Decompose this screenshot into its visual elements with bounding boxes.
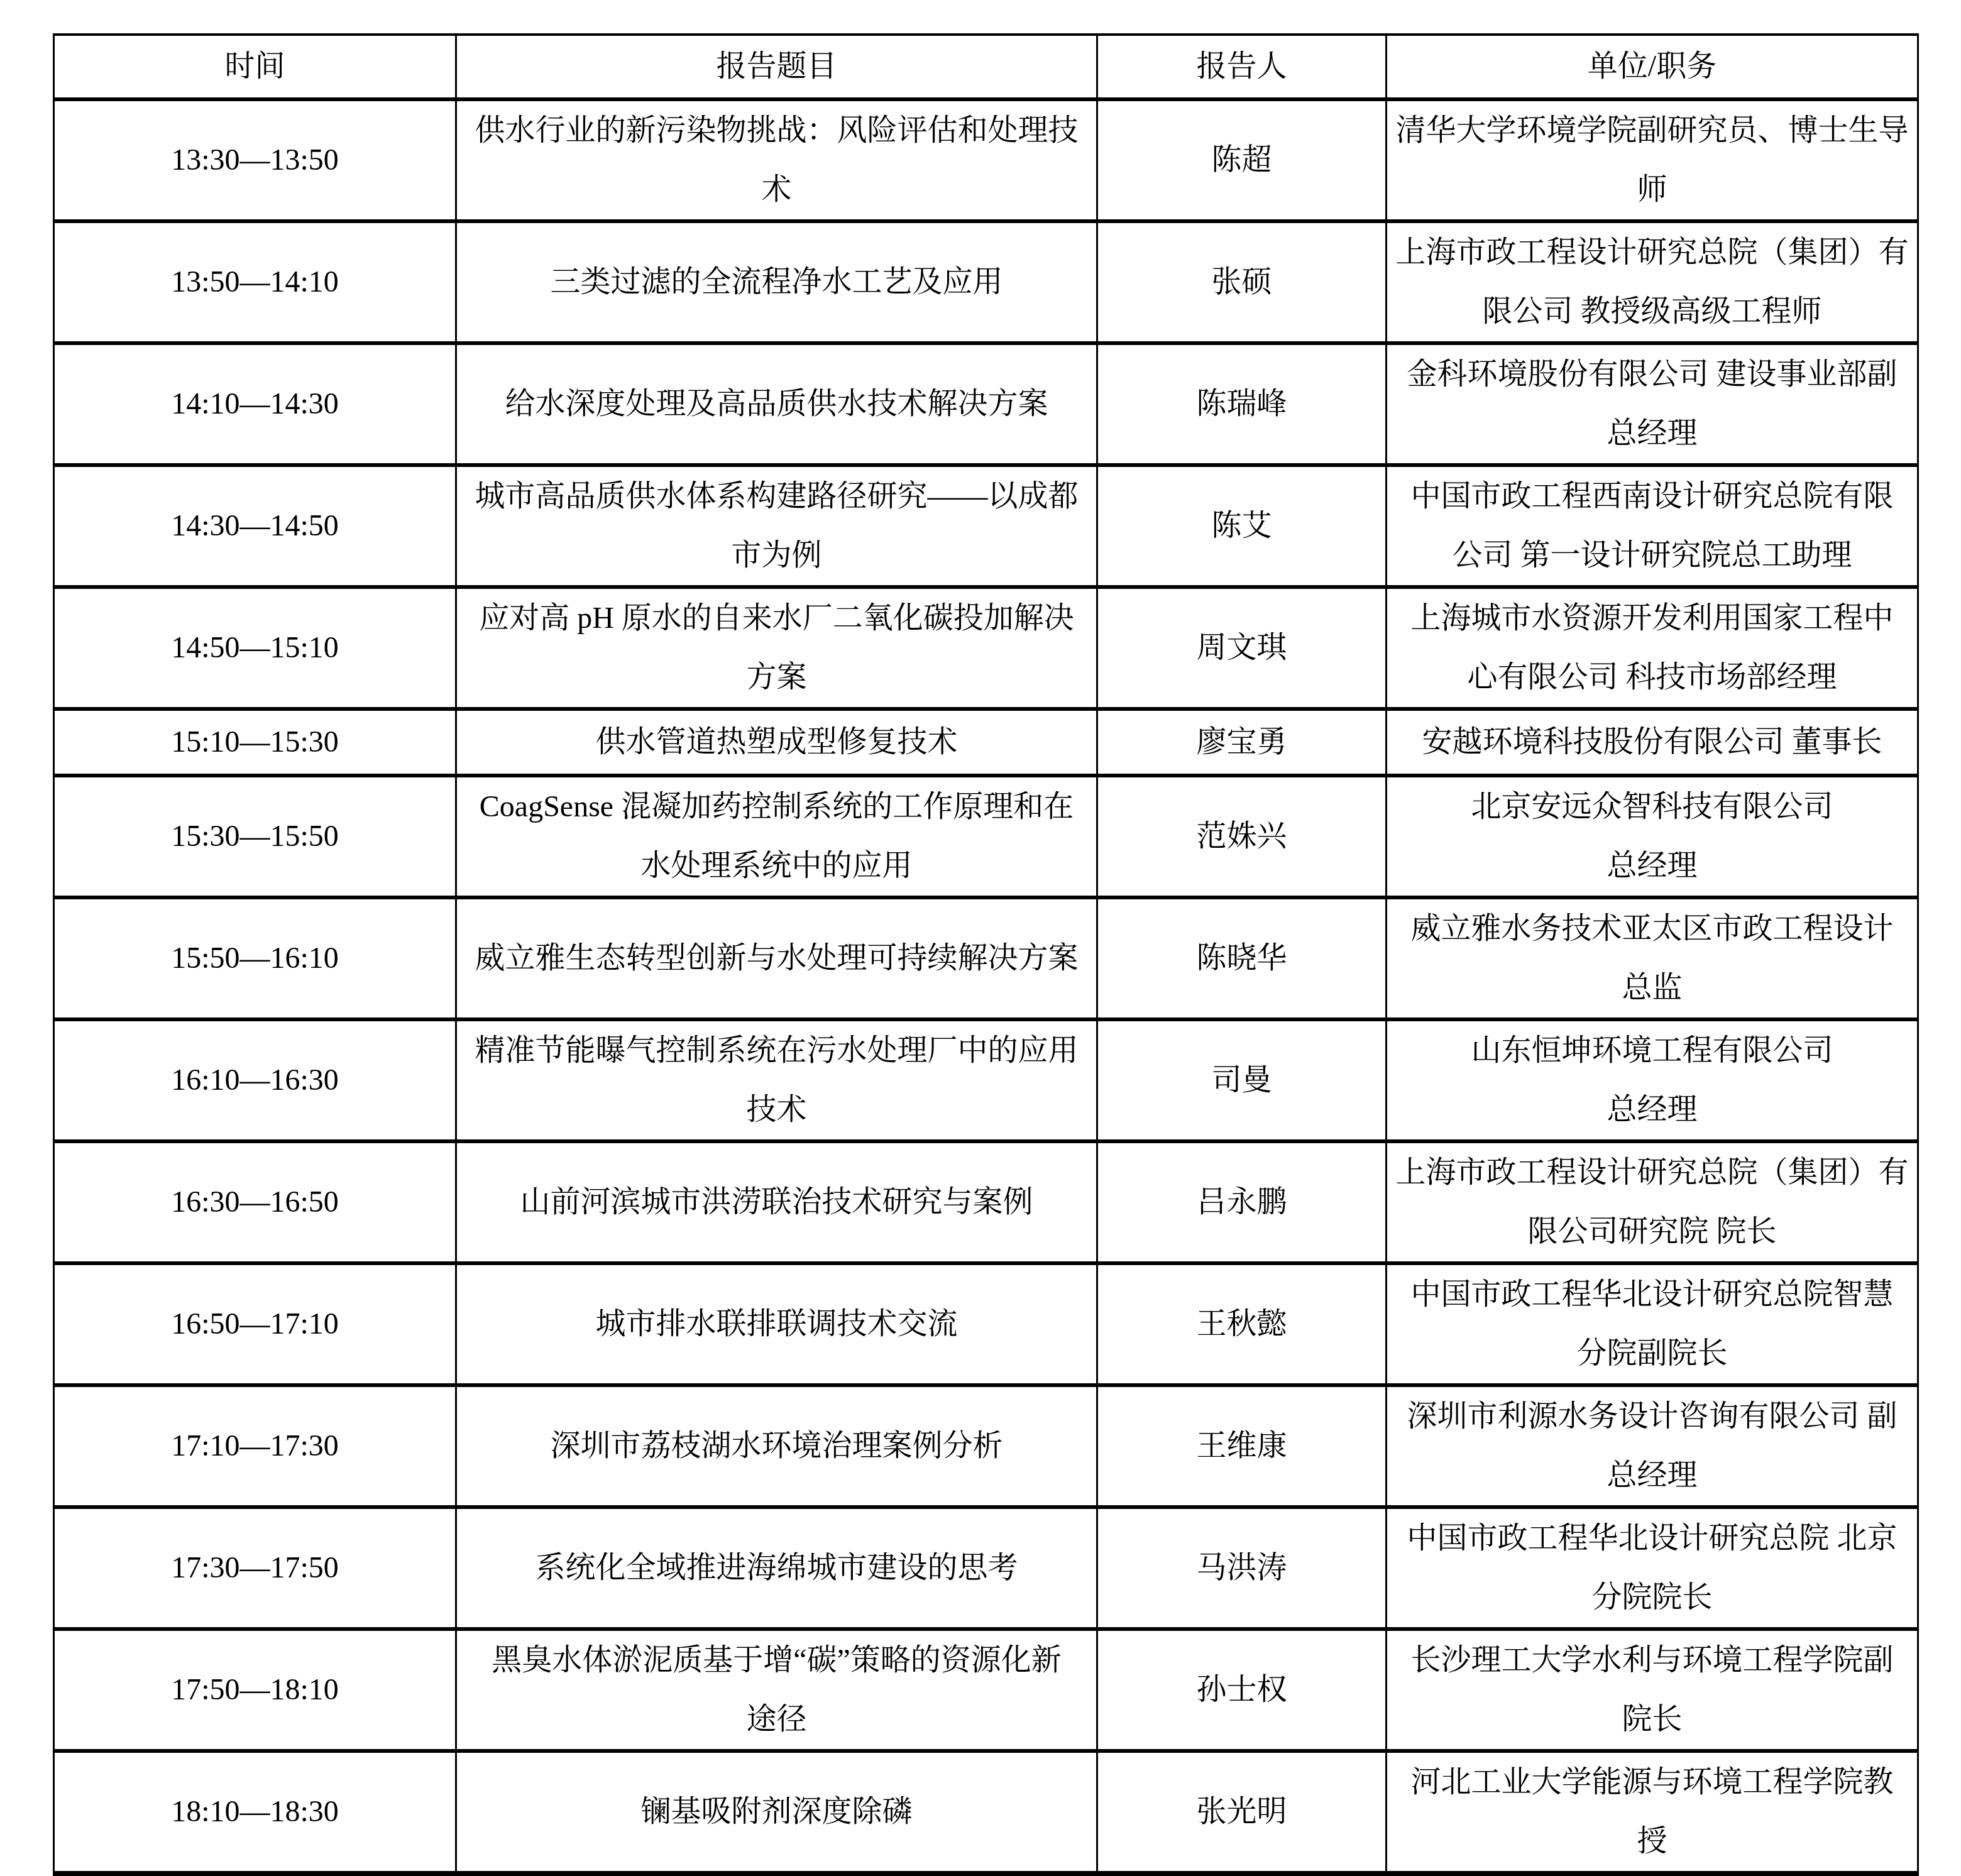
time-cell: 17:50—18:10 <box>54 1629 456 1751</box>
org-cell: 清华大学环境学院副研究员、博士生导 师 <box>1387 99 1918 221</box>
org-cell: 河北工业大学能源与环境工程学院教 授 <box>1387 1751 1918 1873</box>
table-row: 15:10—15:30 供水管道热塑成型修复技术 廖宝勇 安越环境科技股份有限公… <box>54 709 1918 776</box>
org-cell: 上海市政工程设计研究总院（集团）有 限公司 教授级高级工程师 <box>1387 221 1918 343</box>
org-cell: 深圳市利源水务设计咨询有限公司 副 总经理 <box>1387 1385 1918 1507</box>
table-row: 16:10—16:30 精准节能曝气控制系统在污水处理厂中的应用 技术 司曼 山… <box>54 1019 1918 1141</box>
col-header-org: 单位/职务 <box>1387 35 1918 99</box>
table-row: 17:10—17:30 深圳市荔枝湖水环境治理案例分析 王维康 深圳市利源水务设… <box>54 1385 1918 1507</box>
table-row: 17:50—18:10 黑臭水体淤泥质基于增“碳”策略的资源化新 途径 孙士权 … <box>54 1629 1918 1751</box>
speaker-cell: 王秋懿 <box>1097 1263 1387 1385</box>
time-cell: 15:10—15:30 <box>54 709 456 776</box>
org-cell: 北京安远众智科技有限公司 总经理 <box>1387 776 1918 897</box>
table-row: 13:50—14:10 三类过滤的全流程净水工艺及应用 张硕 上海市政工程设计研… <box>54 221 1918 343</box>
schedule-table: 时间 报告题目 报告人 单位/职务 13:30—13:50 供水行业的新污染物挑… <box>53 33 1919 1876</box>
title-cell: 城市高品质供水体系构建路径研究——以成都 市为例 <box>456 465 1097 587</box>
speaker-cell: 陈艾 <box>1097 465 1387 587</box>
speaker-cell: 周文琪 <box>1097 587 1387 709</box>
header-row: 时间 报告题目 报告人 单位/职务 <box>54 35 1918 99</box>
table-row: 16:50—17:10 城市排水联排联调技术交流 王秋懿 中国市政工程华北设计研… <box>54 1263 1918 1385</box>
org-cell: 山东恒坤环境工程有限公司 总经理 <box>1387 1019 1918 1141</box>
table-row: 15:50—16:10 威立雅生态转型创新与水处理可持续解决方案 陈晓华 威立雅… <box>54 897 1918 1019</box>
title-cell: 三类过滤的全流程净水工艺及应用 <box>456 221 1097 343</box>
time-cell: 16:10—16:30 <box>54 1019 456 1141</box>
time-cell: 15:30—15:50 <box>54 776 456 897</box>
title-cell: 系统化全域推进海绵城市建设的思考 <box>456 1507 1097 1629</box>
speaker-cell: 王维康 <box>1097 1385 1387 1507</box>
title-cell: 镧基吸附剂深度除磷 <box>456 1751 1097 1873</box>
speaker-cell: 陈瑞峰 <box>1097 343 1387 465</box>
table-row: 18:10—18:30 镧基吸附剂深度除磷 张光明 河北工业大学能源与环境工程学… <box>54 1751 1918 1873</box>
speaker-cell: 范姝兴 <box>1097 776 1387 897</box>
org-cell: 中国市政工程华北设计研究总院 北京 分院院长 <box>1387 1507 1918 1629</box>
org-cell: 中国市政工程西南设计研究总院有限 公司 第一设计研究院总工助理 <box>1387 465 1918 587</box>
org-cell: 上海市政工程设计研究总院（集团）有 限公司研究院 院长 <box>1387 1141 1918 1263</box>
speaker-cell: 孙士权 <box>1097 1629 1387 1751</box>
title-cell: 深圳市荔枝湖水环境治理案例分析 <box>456 1385 1097 1507</box>
table-row: 14:50—15:10 应对高 pH 原水的自来水厂二氧化碳投加解决 方案 周文… <box>54 587 1918 709</box>
table-row: 13:30—13:50 供水行业的新污染物挑战：风险评估和处理技 术 陈超 清华… <box>54 99 1918 221</box>
time-cell: 14:50—15:10 <box>54 587 456 709</box>
col-header-time: 时间 <box>54 35 456 99</box>
org-cell: 威立雅水务技术亚太区市政工程设计 总监 <box>1387 897 1918 1019</box>
time-cell: 17:10—17:30 <box>54 1385 456 1507</box>
time-cell: 17:30—17:50 <box>54 1507 456 1629</box>
col-header-speaker: 报告人 <box>1097 35 1387 99</box>
table-row: 16:30—16:50 山前河滨城市洪涝联治技术研究与案例 吕永鹏 上海市政工程… <box>54 1141 1918 1263</box>
time-cell: 13:30—13:50 <box>54 99 456 221</box>
title-cell: 精准节能曝气控制系统在污水处理厂中的应用 技术 <box>456 1019 1097 1141</box>
title-cell: CoagSense 混凝加药控制系统的工作原理和在 水处理系统中的应用 <box>456 776 1097 897</box>
title-cell: 山前河滨城市洪涝联治技术研究与案例 <box>456 1141 1097 1263</box>
speaker-cell: 陈超 <box>1097 99 1387 221</box>
title-cell: 给水深度处理及高品质供水技术解决方案 <box>456 343 1097 465</box>
speaker-cell: 司曼 <box>1097 1019 1387 1141</box>
table-row: 17:30—17:50 系统化全域推进海绵城市建设的思考 马洪涛 中国市政工程华… <box>54 1507 1918 1629</box>
title-cell: 供水行业的新污染物挑战：风险评估和处理技 术 <box>456 99 1097 221</box>
speaker-cell: 马洪涛 <box>1097 1507 1387 1629</box>
time-cell: 15:50—16:10 <box>54 897 456 1019</box>
speaker-cell: 陈晓华 <box>1097 897 1387 1019</box>
time-cell: 16:30—16:50 <box>54 1141 456 1263</box>
speaker-cell: 廖宝勇 <box>1097 709 1387 776</box>
org-cell: 金科环境股份有限公司 建设事业部副 总经理 <box>1387 343 1918 465</box>
col-header-title: 报告题目 <box>456 35 1097 99</box>
table-row: 14:10—14:30 给水深度处理及高品质供水技术解决方案 陈瑞峰 金科环境股… <box>54 343 1918 465</box>
time-cell: 16:50—17:10 <box>54 1263 456 1385</box>
schedule-table-container: 时间 报告题目 报告人 单位/职务 13:30—13:50 供水行业的新污染物挑… <box>53 33 1919 1876</box>
time-cell: 14:10—14:30 <box>54 343 456 465</box>
speaker-cell: 张光明 <box>1097 1751 1387 1873</box>
speaker-cell: 吕永鹏 <box>1097 1141 1387 1263</box>
title-cell: 黑臭水体淤泥质基于增“碳”策略的资源化新 途径 <box>456 1629 1097 1751</box>
org-cell: 上海城市水资源开发利用国家工程中 心有限公司 科技市场部经理 <box>1387 587 1918 709</box>
org-cell: 长沙理工大学水利与环境工程学院副 院长 <box>1387 1629 1918 1751</box>
title-cell: 城市排水联排联调技术交流 <box>456 1263 1097 1385</box>
speaker-cell: 张硕 <box>1097 221 1387 343</box>
title-cell: 威立雅生态转型创新与水处理可持续解决方案 <box>456 897 1097 1019</box>
time-cell: 18:10—18:30 <box>54 1751 456 1873</box>
org-cell: 中国市政工程华北设计研究总院智慧 分院副院长 <box>1387 1263 1918 1385</box>
table-row: 15:30—15:50 CoagSense 混凝加药控制系统的工作原理和在 水处… <box>54 776 1918 897</box>
table-row: 14:30—14:50 城市高品质供水体系构建路径研究——以成都 市为例 陈艾 … <box>54 465 1918 587</box>
time-cell: 14:30—14:50 <box>54 465 456 587</box>
org-cell: 安越环境科技股份有限公司 董事长 <box>1387 709 1918 776</box>
time-cell: 13:50—14:10 <box>54 221 456 343</box>
title-cell: 供水管道热塑成型修复技术 <box>456 709 1097 776</box>
title-cell: 应对高 pH 原水的自来水厂二氧化碳投加解决 方案 <box>456 587 1097 709</box>
